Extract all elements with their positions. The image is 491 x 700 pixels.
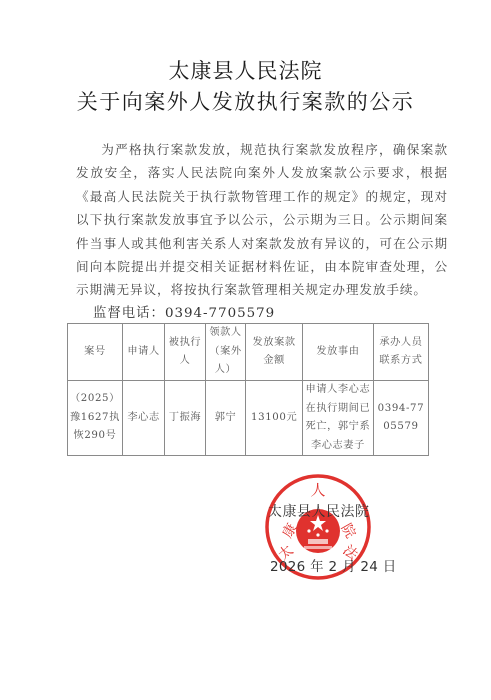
seal-court-name: 太康县人民法院 xyxy=(268,501,370,521)
table-row: （2025）豫1627执恢290号 李心志 丁振海 郭宁 13100元 申请人李… xyxy=(68,381,429,456)
header-payee: 领款人（案外人） xyxy=(205,324,246,381)
header-contact: 承办人员联系方式 xyxy=(373,324,428,381)
cell-amount: 13100元 xyxy=(246,381,303,456)
body-paragraph: 为严格执行案款发放，规范执行案款发放程序，确保案款发放安全，落实人民法院向案外人… xyxy=(76,138,448,302)
svg-text:人: 人 xyxy=(310,481,325,499)
notice-body: 为严格执行案款发放，规范执行案款发放程序，确保案款发放安全，落实人民法院向案外人… xyxy=(76,138,448,302)
header-respondent: 被执行人 xyxy=(165,324,205,381)
cell-payee: 郭宁 xyxy=(205,381,246,456)
case-table: 案号 申请人 被执行人 领款人（案外人） 发放案款金额 发放事由 承办人员联系方… xyxy=(67,323,429,456)
table-header-row: 案号 申请人 被执行人 领款人（案外人） 发放案款金额 发放事由 承办人员联系方… xyxy=(68,324,429,381)
header-applicant: 申请人 xyxy=(122,324,164,381)
svg-text:院: 院 xyxy=(338,521,359,541)
cell-contact: 0394-7705579 xyxy=(373,381,428,456)
header-case-no: 案号 xyxy=(68,324,123,381)
cell-respondent: 丁振海 xyxy=(165,381,205,456)
supervision-phone: 监督电话：0394-7705579 xyxy=(93,302,275,321)
notice-date: 2026 年 2 月 24 日 xyxy=(270,555,397,575)
notice-title: 关于向案外人发放执行案款的公示 xyxy=(0,86,491,116)
cell-case-no: （2025）豫1627执恢290号 xyxy=(68,381,123,456)
header-reason: 发放事由 xyxy=(302,324,373,381)
header-amount: 发放案款金额 xyxy=(246,324,303,381)
cell-applicant: 李心志 xyxy=(122,381,164,456)
court-title: 太康县人民法院 xyxy=(0,55,491,85)
cell-reason: 申请人李心志在执行期间已死亡，郭宁系李心志妻子 xyxy=(302,381,373,456)
